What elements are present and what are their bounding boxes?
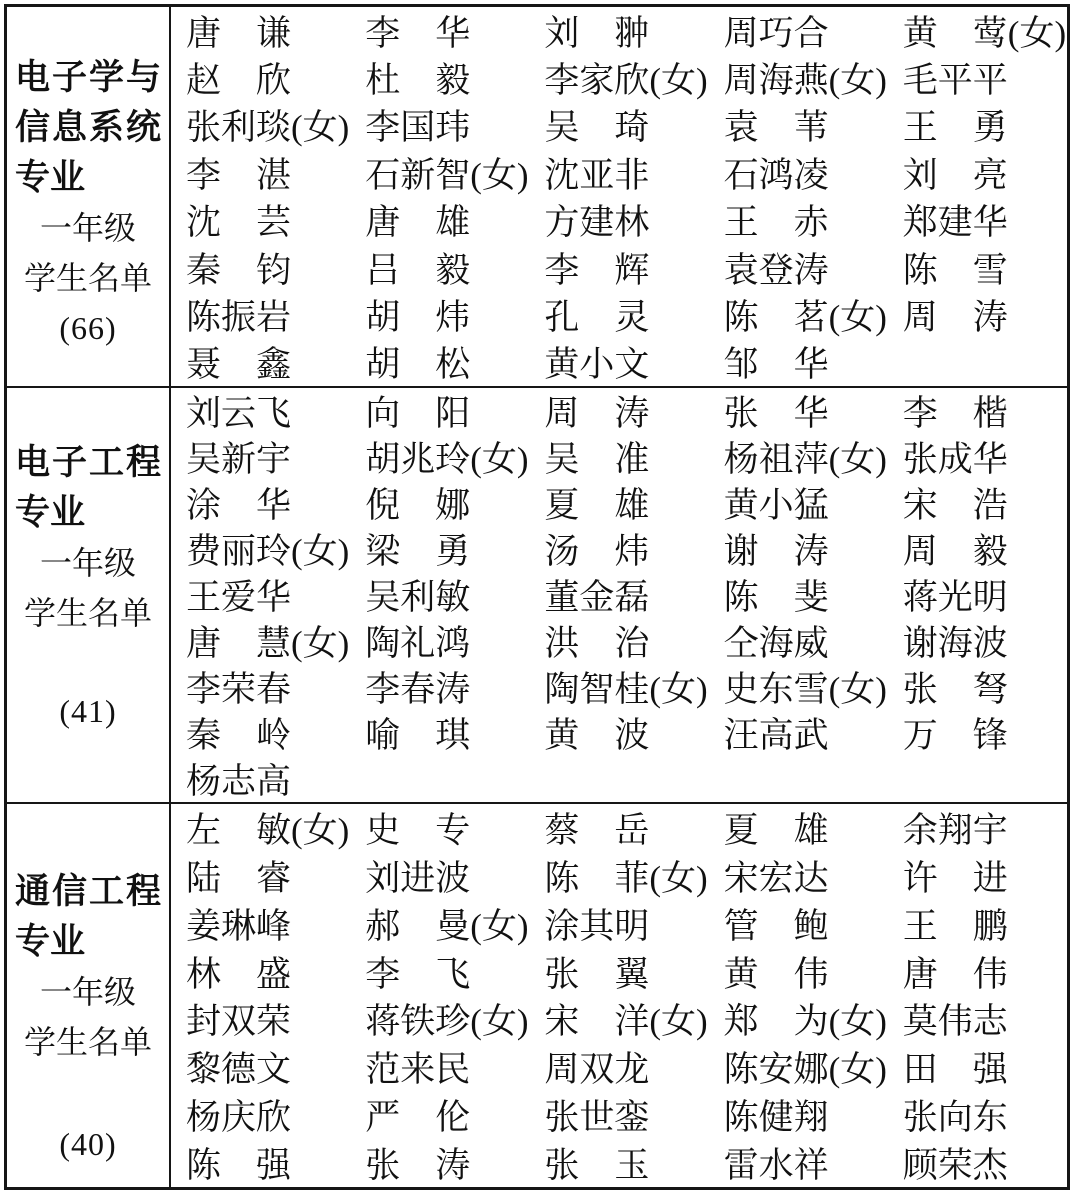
student-name-cell: 史 专 xyxy=(350,804,529,852)
student-name-cell: 张 涛 xyxy=(350,1139,529,1187)
student-name-cell: 李国玮 xyxy=(350,102,529,149)
student-count: (40) xyxy=(15,1119,161,1169)
student-name-cell: 沈亚非 xyxy=(529,149,708,196)
student-name-cell: 李 辉 xyxy=(529,244,708,291)
student-name-cell: 张向东 xyxy=(888,1091,1067,1139)
student-name-cell: 万 锋 xyxy=(888,710,1067,756)
student-name-cell: 汤 炜 xyxy=(529,526,708,572)
student-name-cell: 姜琳峰 xyxy=(171,900,350,948)
student-name-cell xyxy=(529,756,708,802)
major-title-line: 电子工程 xyxy=(15,438,161,488)
student-name-cell: 郝 曼(女) xyxy=(350,900,529,948)
roster-label: 学生名单 xyxy=(15,253,161,303)
section: 电子学与信息系统专业一年级学生名单(66)唐 谦李 华刘 翀周巧合黄 莺(女)赵… xyxy=(7,7,1067,386)
student-name-cell: 袁登涛 xyxy=(709,244,888,291)
student-name-cell: 梁 勇 xyxy=(350,526,529,572)
student-name-cell: 杜 毅 xyxy=(350,54,529,101)
student-name-cell: 郑 为(女) xyxy=(709,996,888,1044)
student-name-cell: 田 强 xyxy=(888,1043,1067,1091)
student-name-cell xyxy=(350,756,529,802)
student-name-cell: 余翔宇 xyxy=(888,804,1067,852)
student-name-cell: 赵 欣 xyxy=(171,54,350,101)
roster-table: 电子学与信息系统专业一年级学生名单(66)唐 谦李 华刘 翀周巧合黄 莺(女)赵… xyxy=(4,4,1070,1190)
student-name-cell: 仝海威 xyxy=(709,618,888,664)
student-name-cell: 周双龙 xyxy=(529,1043,708,1091)
student-name-cell: 胡兆玲(女) xyxy=(350,434,529,480)
student-name-cell: 沈 芸 xyxy=(171,197,350,244)
student-name-cell: 唐 谦 xyxy=(171,7,350,54)
student-name-cell: 黎德文 xyxy=(171,1043,350,1091)
student-name-cell: 张利琰(女) xyxy=(171,102,350,149)
student-name-cell: 涂其明 xyxy=(529,900,708,948)
grade-label: 一年级 xyxy=(15,203,161,253)
section: 电子工程专业一年级学生名单(41)刘云飞向 阳周 涛张 华李 楷吴新宇胡兆玲(女… xyxy=(7,386,1067,802)
student-name-cell: 秦 钧 xyxy=(171,244,350,291)
student-name-cell: 周 涛 xyxy=(529,388,708,434)
student-name-cell: 吕 毅 xyxy=(350,244,529,291)
student-name-cell: 谢海波 xyxy=(888,618,1067,664)
scanned-roster-page: 电子学与信息系统专业一年级学生名单(66)唐 谦李 华刘 翀周巧合黄 莺(女)赵… xyxy=(0,0,1077,1195)
student-name-cell: 李 飞 xyxy=(350,948,529,996)
student-name-cell: 蒋光明 xyxy=(888,572,1067,618)
student-name-cell: 蔡 岳 xyxy=(529,804,708,852)
section-label-cell: 通信工程专业一年级学生名单(40) xyxy=(7,804,171,1187)
student-name-cell: 陈 茗(女) xyxy=(709,291,888,338)
roster-label: 学生名单 xyxy=(15,1017,161,1067)
student-name-cell: 唐 伟 xyxy=(888,948,1067,996)
student-name-cell: 陈 斐 xyxy=(709,572,888,618)
student-name-cell: 周 毅 xyxy=(888,526,1067,572)
student-name-cell: 黄小猛 xyxy=(709,480,888,526)
section-label-cell: 电子工程专业一年级学生名单(41) xyxy=(7,388,171,802)
student-name-cell: 李春涛 xyxy=(350,664,529,710)
student-name-cell: 秦 岭 xyxy=(171,710,350,756)
major-title-line: 专业 xyxy=(15,488,161,538)
major-title-line: 通信工程 xyxy=(15,867,161,917)
student-name-cell xyxy=(888,339,1067,386)
student-name-cell: 刘 翀 xyxy=(529,7,708,54)
major-title-line: 电子学与 xyxy=(15,53,161,103)
student-name-cell: 胡 炜 xyxy=(350,291,529,338)
student-name-cell: 黄小文 xyxy=(529,339,708,386)
major-title-line: 专业 xyxy=(15,153,161,203)
student-name-cell: 许 进 xyxy=(888,852,1067,900)
student-name-cell: 喻 琪 xyxy=(350,710,529,756)
student-name-cell: 石鸿凌 xyxy=(709,149,888,196)
student-name-cell: 吴 准 xyxy=(529,434,708,480)
student-name-cell: 陆 睿 xyxy=(171,852,350,900)
student-name-cell: 宋 浩 xyxy=(888,480,1067,526)
student-name-cell: 陈 菲(女) xyxy=(529,852,708,900)
student-name-cell: 黄 莺(女) xyxy=(888,7,1067,54)
student-name-cell: 杨庆欣 xyxy=(171,1091,350,1139)
student-name-cell: 陈 强 xyxy=(171,1139,350,1187)
student-name-cell: 王爱华 xyxy=(171,572,350,618)
student-name-cell: 李 华 xyxy=(350,7,529,54)
student-name-cell: 封双荣 xyxy=(171,996,350,1044)
grade-label: 一年级 xyxy=(15,538,161,588)
student-name-cell: 陶礼鸿 xyxy=(350,618,529,664)
student-name-cell: 张成华 xyxy=(888,434,1067,480)
student-name-cell: 夏 雄 xyxy=(529,480,708,526)
student-name-cell: 李荣春 xyxy=(171,664,350,710)
student-name-cell: 张世銮 xyxy=(529,1091,708,1139)
student-name-cell: 黄 波 xyxy=(529,710,708,756)
student-name-cell: 洪 治 xyxy=(529,618,708,664)
student-name-cell: 宋 洋(女) xyxy=(529,996,708,1044)
student-name-cell: 雷水祥 xyxy=(709,1139,888,1187)
grade-label: 一年级 xyxy=(15,967,161,1017)
student-name-cell: 陈振岩 xyxy=(171,291,350,338)
student-name-cell: 周海燕(女) xyxy=(709,54,888,101)
names-grid: 唐 谦李 华刘 翀周巧合黄 莺(女)赵 欣杜 毅李家欣(女)周海燕(女)毛平平张… xyxy=(171,7,1067,386)
student-count: (41) xyxy=(15,686,161,736)
student-name-cell: 林 盛 xyxy=(171,948,350,996)
major-title-block: 电子学与信息系统专业 xyxy=(15,53,161,203)
student-name-cell: 夏 雄 xyxy=(709,804,888,852)
section: 通信工程专业一年级学生名单(40)左 敏(女)史 专蔡 岳夏 雄余翔宇陆 睿刘进… xyxy=(7,802,1067,1187)
student-name-cell: 莫伟志 xyxy=(888,996,1067,1044)
student-name-cell: 郑建华 xyxy=(888,197,1067,244)
major-title-line: 专业 xyxy=(15,917,161,967)
student-name-cell: 谢 涛 xyxy=(709,526,888,572)
student-name-cell: 方建林 xyxy=(529,197,708,244)
student-name-cell: 陶智桂(女) xyxy=(529,664,708,710)
student-name-cell: 董金磊 xyxy=(529,572,708,618)
student-name-cell: 吴利敏 xyxy=(350,572,529,618)
student-name-cell: 左 敏(女) xyxy=(171,804,350,852)
student-name-cell: 倪 娜 xyxy=(350,480,529,526)
student-name-cell: 陈安娜(女) xyxy=(709,1043,888,1091)
roster-label: 学生名单 xyxy=(15,588,161,638)
section-label-cell: 电子学与信息系统专业一年级学生名单(66) xyxy=(7,7,171,386)
student-name-cell: 严 伦 xyxy=(350,1091,529,1139)
student-name-cell: 张 翼 xyxy=(529,948,708,996)
student-name-cell: 陈健翔 xyxy=(709,1091,888,1139)
student-name-cell: 袁 苇 xyxy=(709,102,888,149)
student-name-cell: 王 鹏 xyxy=(888,900,1067,948)
major-title-block: 电子工程专业 xyxy=(15,438,161,538)
student-name-cell: 涂 华 xyxy=(171,480,350,526)
student-name-cell: 邹 华 xyxy=(709,339,888,386)
student-name-cell: 周 涛 xyxy=(888,291,1067,338)
student-name-cell: 史东雪(女) xyxy=(709,664,888,710)
student-name-cell: 唐 雄 xyxy=(350,197,529,244)
student-name-cell: 宋宏达 xyxy=(709,852,888,900)
student-name-cell: 唐 慧(女) xyxy=(171,618,350,664)
names-grid: 刘云飞向 阳周 涛张 华李 楷吴新宇胡兆玲(女)吴 准杨祖萍(女)张成华涂 华倪… xyxy=(171,388,1067,802)
student-name-cell: 陈 雪 xyxy=(888,244,1067,291)
student-name-cell: 石新智(女) xyxy=(350,149,529,196)
student-name-cell: 聂 鑫 xyxy=(171,339,350,386)
student-name-cell: 顾荣杰 xyxy=(888,1139,1067,1187)
student-name-cell: 杨志高 xyxy=(171,756,350,802)
student-name-cell: 孔 灵 xyxy=(529,291,708,338)
student-name-cell: 毛平平 xyxy=(888,54,1067,101)
student-name-cell: 汪高武 xyxy=(709,710,888,756)
student-name-cell xyxy=(709,756,888,802)
student-name-cell: 费丽玲(女) xyxy=(171,526,350,572)
student-name-cell: 胡 松 xyxy=(350,339,529,386)
names-grid: 左 敏(女)史 专蔡 岳夏 雄余翔宇陆 睿刘进波陈 菲(女)宋宏达许 进姜琳峰郝… xyxy=(171,804,1067,1187)
student-name-cell: 杨祖萍(女) xyxy=(709,434,888,480)
student-name-cell: 李家欣(女) xyxy=(529,54,708,101)
major-title-line: 信息系统 xyxy=(15,103,161,153)
student-name-cell: 张 弩 xyxy=(888,664,1067,710)
student-name-cell: 刘云飞 xyxy=(171,388,350,434)
student-name-cell: 李 楷 xyxy=(888,388,1067,434)
major-title-block: 通信工程专业 xyxy=(15,867,161,967)
student-name-cell: 张 玉 xyxy=(529,1139,708,1187)
student-name-cell xyxy=(888,756,1067,802)
student-count: (66) xyxy=(15,303,161,353)
student-name-cell: 吴 琦 xyxy=(529,102,708,149)
student-name-cell: 周巧合 xyxy=(709,7,888,54)
student-name-cell: 吴新宇 xyxy=(171,434,350,480)
student-name-cell: 范来民 xyxy=(350,1043,529,1091)
student-name-cell: 管 鲍 xyxy=(709,900,888,948)
student-name-cell: 刘 亮 xyxy=(888,149,1067,196)
student-name-cell: 王 勇 xyxy=(888,102,1067,149)
student-name-cell: 黄 伟 xyxy=(709,948,888,996)
student-name-cell: 李 湛 xyxy=(171,149,350,196)
student-name-cell: 蒋铁珍(女) xyxy=(350,996,529,1044)
student-name-cell: 刘进波 xyxy=(350,852,529,900)
student-name-cell: 王 赤 xyxy=(709,197,888,244)
student-name-cell: 张 华 xyxy=(709,388,888,434)
student-name-cell: 向 阳 xyxy=(350,388,529,434)
